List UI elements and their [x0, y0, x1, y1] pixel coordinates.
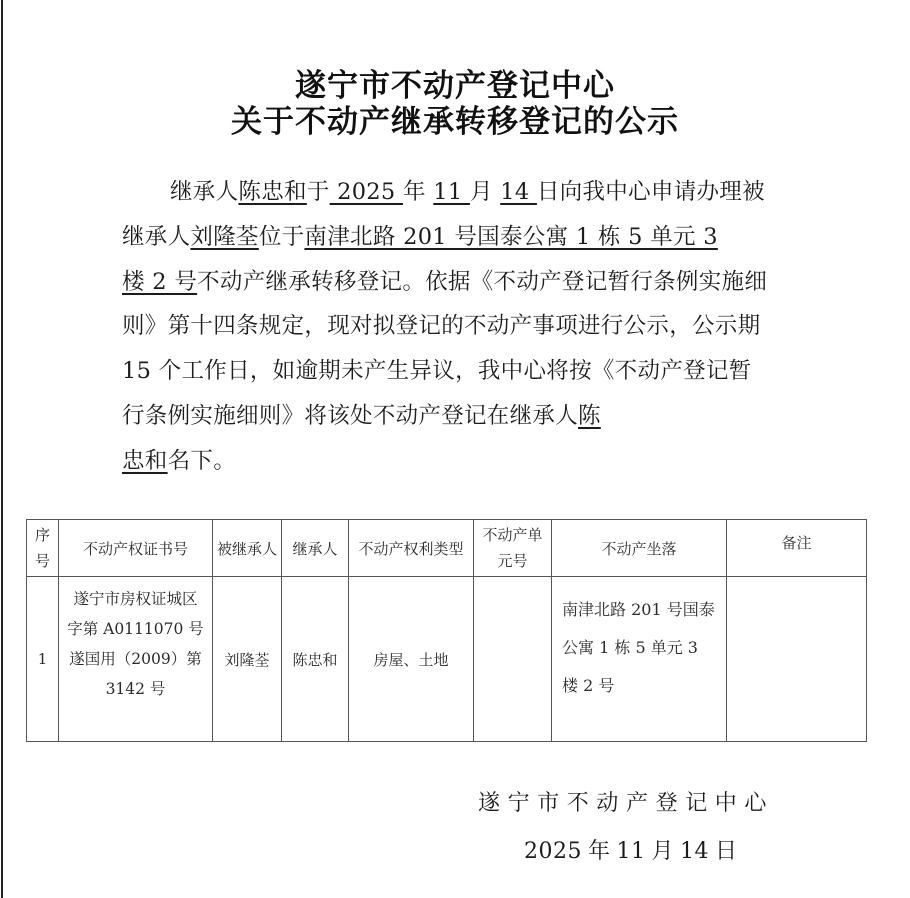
- property-table: 序号 不动产权证书号 被继承人 继承人 不动产权利类型 不动产单元号 不动产坐落…: [26, 519, 867, 742]
- table-header-row: 序号 不动产权证书号 被继承人 继承人 不动产权利类型 不动产单元号 不动产坐落…: [27, 520, 867, 577]
- decedent-name: 刘隆荃: [190, 224, 258, 250]
- cell-decedent: 刘隆荃: [213, 577, 282, 742]
- located-at: 位于: [259, 224, 305, 250]
- heir-label: 继承人: [170, 179, 238, 205]
- cell-cert-no: 遂宁市房权证城区 字第 A0111070 号 遂国用（2009）第 3142 号: [59, 577, 213, 742]
- header-decedent: 被继承人: [213, 520, 282, 577]
- header-location: 不动产坐落: [552, 520, 727, 577]
- cell-remarks: [727, 577, 867, 742]
- day-label: 日向我中心申请办理: [537, 179, 742, 205]
- signature-date: 2025年11月14日: [524, 834, 738, 865]
- header-right-type: 不动产权利类型: [349, 520, 474, 577]
- signature-organization: 遂宁市不动产登记中心: [478, 786, 774, 817]
- header-unit-no: 不动产单元号: [474, 520, 552, 577]
- table-row: 1 遂宁市房权证城区 字第 A0111070 号 遂国用（2009）第 3142…: [27, 577, 867, 742]
- cell-location: 南津北路 201 号国泰公寓 1 栋 5 单元 3 楼 2 号: [552, 577, 727, 742]
- cell-heir: 陈忠和: [282, 577, 349, 742]
- month-label: 月: [470, 179, 500, 205]
- application-day: 14: [500, 179, 537, 205]
- property-address-part1: 南津北路 201 号国泰公寓 1 栋 5 单元 3: [304, 224, 717, 250]
- header-seq: 序号: [27, 520, 59, 577]
- heir-name: 陈忠和: [238, 179, 306, 205]
- header-heir: 继承人: [282, 520, 349, 577]
- text-yu: 于: [307, 179, 330, 205]
- cell-right-type: 房屋、土地: [349, 577, 474, 742]
- cell-seq: 1: [27, 577, 59, 742]
- property-address-part2: 楼 2 号: [122, 269, 197, 295]
- heir-name-end-part2: 忠和: [122, 448, 168, 474]
- application-month: 11: [433, 179, 470, 205]
- year-label: 年: [403, 179, 433, 205]
- notice-paragraph: 继承人陈忠和于 2025 年 11 月 14 日向我中心申请办理被继承人刘隆荃位…: [122, 170, 772, 484]
- heir-name-end-part1: 陈: [578, 403, 601, 429]
- closing-text: 名下。: [168, 448, 236, 474]
- document-title-line2: 关于不动产继承转移登记的公示: [0, 96, 910, 141]
- application-year: 2025: [330, 179, 403, 205]
- header-cert-no: 不动产权证书号: [59, 520, 213, 577]
- header-remarks: 备注: [727, 520, 867, 577]
- legal-basis-text: 不动产继承转移登记。依据《不动产登记暂行条例实施细则》第十四条规定，现对拟登记的…: [122, 269, 767, 429]
- cell-unit-no: [474, 577, 552, 742]
